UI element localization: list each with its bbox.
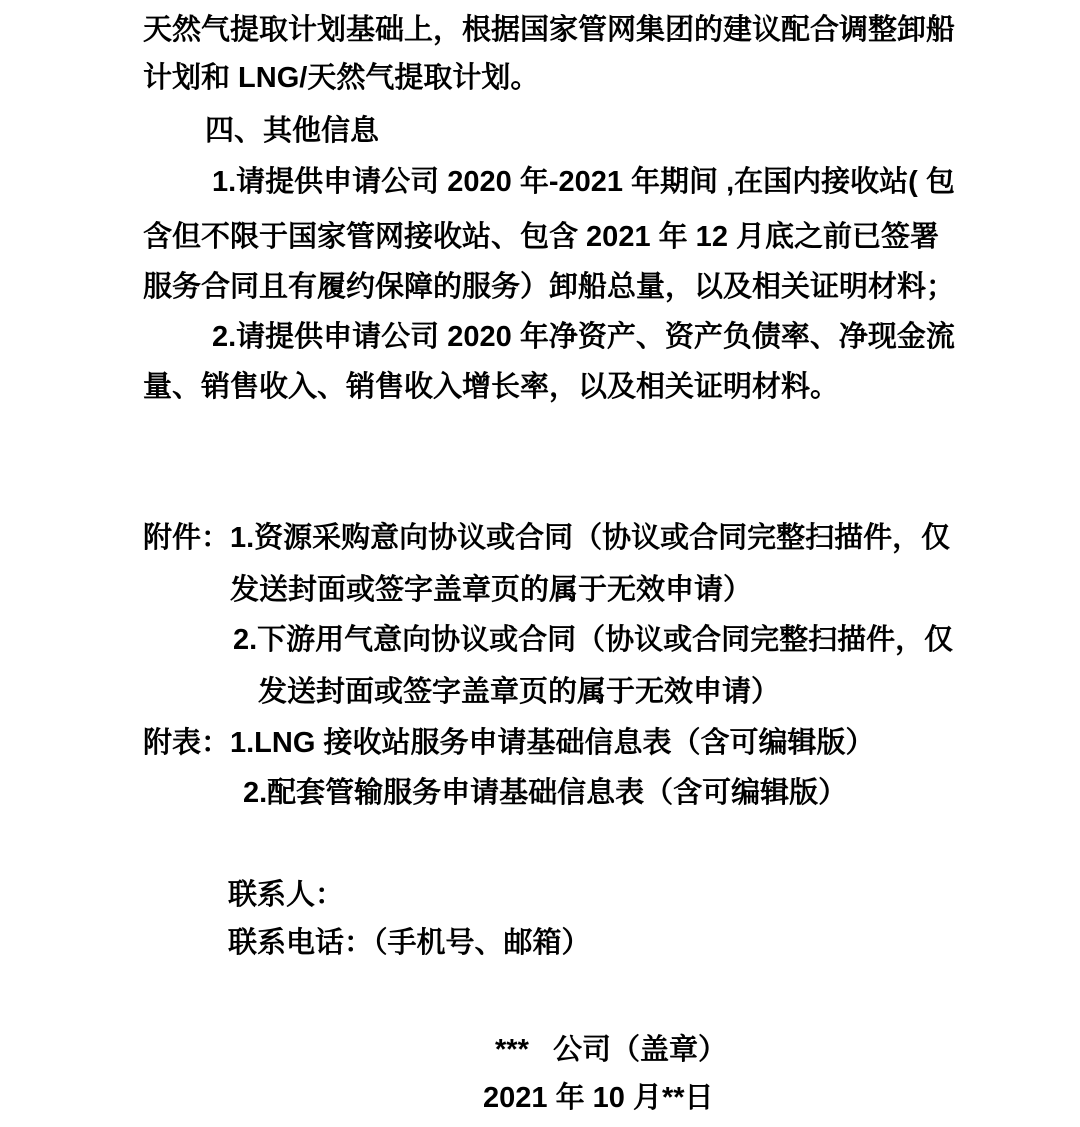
section-heading-other-info: 四、其他信息 <box>205 106 379 156</box>
attachments-line-3: 2.下游用气意向协议或合同（协议或合同完整扫描件，仅 <box>233 615 953 665</box>
attachments-line-1: 附件：1.资源采购意向协议或合同（协议或合同完整扫描件，仅 <box>143 513 950 563</box>
item1-line-2: 含但不限于国家管网接收站、包含 2021 年 12 月底之前已签署 <box>143 212 939 262</box>
signature-date-line: 2021 年 10 月**日 <box>483 1073 714 1123</box>
contact-phone-line: 联系电话：（手机号、邮箱） <box>228 918 591 968</box>
document-page: 天然气提取计划基础上，根据国家管网集团的建议配合调整卸船 计划和 LNG/天然气… <box>0 0 1080 1127</box>
para-continuation-line-2: 计划和 LNG/天然气提取计划。 <box>143 53 539 103</box>
para-continuation-line-1: 天然气提取计划基础上，根据国家管网集团的建议配合调整卸船 <box>143 5 955 55</box>
appendix-tables-line-1: 附表：1.LNG 接收站服务申请基础信息表（含可编辑版） <box>143 718 874 768</box>
appendix-tables-line-2: 2.配套管输服务申请基础信息表（含可编辑版） <box>243 768 847 818</box>
item1-line-3: 服务合同且有履约保障的服务）卸船总量，以及相关证明材料； <box>143 262 955 312</box>
signature-company-line: *** 公司（盖章） <box>495 1025 727 1075</box>
item2-line-1: 2.请提供申请公司 2020 年净资产、资产负债率、净现金流 <box>212 312 955 362</box>
attachments-line-4: 发送封面或签字盖章页的属于无效申请） <box>258 667 780 717</box>
contact-person-line: 联系人： <box>228 870 344 920</box>
attachments-line-2: 发送封面或签字盖章页的属于无效申请） <box>230 565 752 615</box>
item1-line-1: 1.请提供申请公司 2020 年-2021 年期间 ,在国内接收站( 包 <box>212 157 955 207</box>
item2-line-2: 量、销售收入、销售收入增长率，以及相关证明材料。 <box>143 362 839 412</box>
